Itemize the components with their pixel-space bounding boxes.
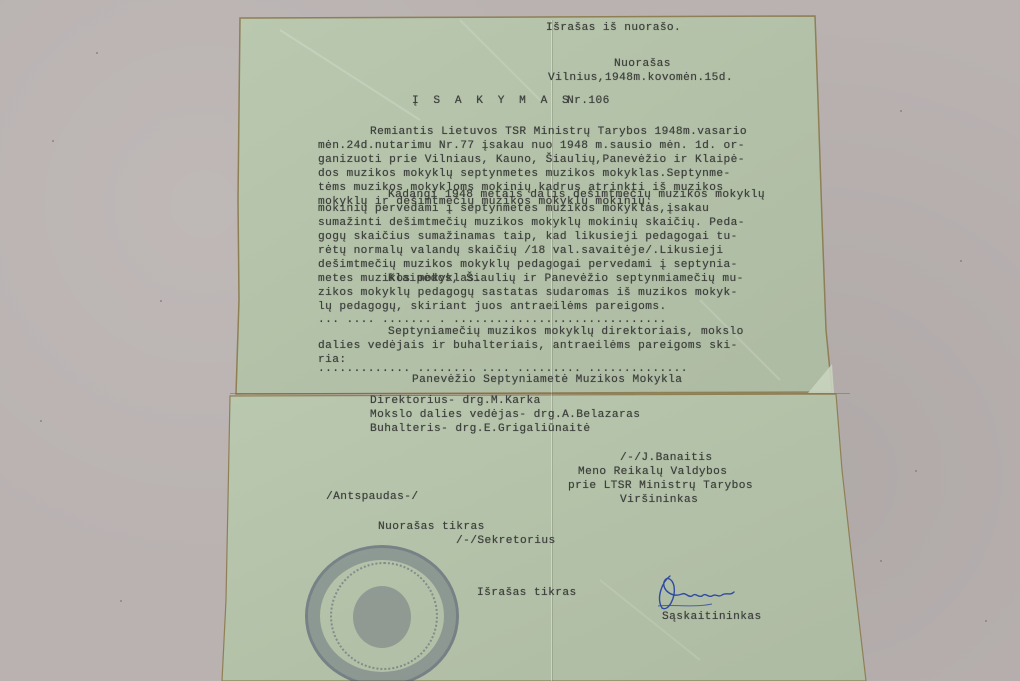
text-line: dos muzikos mokyklų septynmetes muzikos … [318,167,731,181]
extract-certified: Išrašas tikras [477,586,577,600]
text-line: Remiantis Lietuvos TSR Ministrų Tarybos … [370,125,747,139]
text-line: ganizuoti prie Vilniaus, Kauno, Šiaulių,… [318,153,745,167]
text-line: Kadangi 1948 metais dalis dešimtmečių mu… [388,188,765,202]
text-line: dešimtmečių muzikos mokyklų pedagogai pe… [318,258,738,272]
text-line: zikos mokyklų pedagogų sastatas sudaroma… [318,286,738,300]
text-line: dalies vedėjais ir buhalteriais, antraei… [318,339,738,353]
school-name: Panevėžio Septyniametė Muzikos Mokykla [412,373,682,387]
signatory-org: Meno Reikalų Valdybos [578,465,727,479]
text-line: rėtų normalų valandų skaičių /18 val.sav… [318,244,723,258]
order-number: Nr.106 [567,94,610,108]
handwritten-signature-icon [652,568,742,618]
text-line: gogų skaičius sumažinamas taip, kad liku… [318,230,738,244]
copy-label: Nuorašas [614,57,671,71]
staff-deputy: Mokslo dalies vedėjas- drg.A.Belazaras [370,408,640,422]
text-line: Septyniamečių muzikos mokyklų direktoria… [388,325,744,339]
document-sheet: Išrašas iš nuorašo. Nuorašas Vilnius,194… [0,0,1020,681]
place-date: Vilnius,1948m.kovomėn.15d. [548,71,733,85]
signatory-title: Viršininkas [620,493,698,507]
copy-note: Išrašas iš nuorašo. [546,21,681,35]
official-seal-stamp [305,545,459,681]
copy-certified: Nuorašas tikras [378,520,485,534]
text-line: mokinių pervedami į septynmetes muzikos … [318,202,709,216]
text-line: sumažinti dešimtmečių muzikos mokyklų mo… [318,216,745,230]
stamp-note: /Antspaudas-/ [326,490,418,504]
seal-emblem [353,586,411,648]
signatory-org-2: prie LTSR Ministrų Tarybos [568,479,753,493]
document-title: Į S A K Y M A S [412,94,573,108]
text-line: mėn.24d.nutarimu Nr.77 įsakau nuo 1948 m… [318,139,745,153]
secretary-line: /-/Sekretorius [456,534,556,548]
text-line: Klaipėdos, Šiaulių ir Panevėžio septynmi… [388,272,744,286]
signatory-name: /-/J.Banaitis [620,451,712,465]
staff-accountant: Buhalteris- drg.E.Grigaliūnaitė [370,422,591,436]
staff-director: Direktorius- drg.M.Karka [370,394,541,408]
